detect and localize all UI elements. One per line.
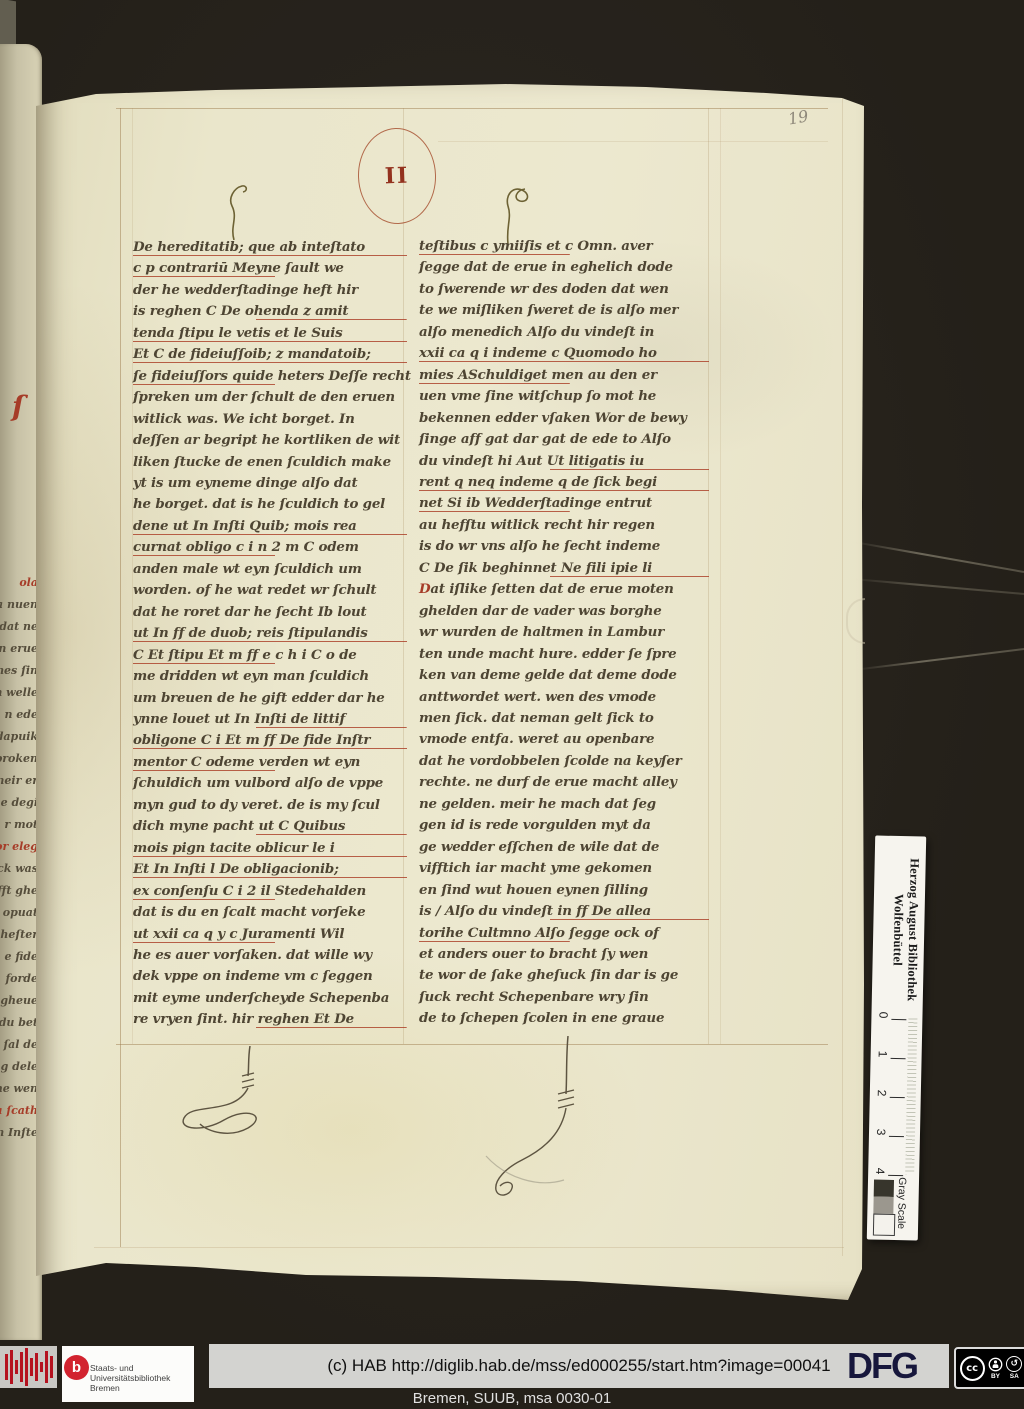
manuscript-line: worden. of he wat redet wr ſchult [133,580,407,601]
manuscript-line: is reghen C De ohenda z amit [133,301,407,322]
manuscript-line: ten unde macht hure. edder ſe ſpre [419,644,709,665]
manuscript-line: ge wedder eſſchen de wile dat de [419,837,709,858]
previous-page-fragment: fft ghe [0,880,40,902]
bremen-b-icon: b [64,1355,89,1380]
pen-flourish-icon [466,1036,626,1211]
manuscript-line: mit eyme underſcheyde Schepenba [133,988,407,1009]
manuscript-line: to ſwerende wr des doden dat wen [419,279,709,300]
reference-ruler: Herzog August Bibliothek Wolfenbüttel 01… [867,836,926,1241]
previous-page-fragment: e degi [0,792,40,814]
logo-bar [45,1351,48,1383]
previous-page-fragment: or eleg [0,836,40,858]
ruler-tick [891,1058,906,1060]
manuscript-line: torihe Cultmno Alſo ſegge ock of [419,923,709,944]
manuscript-line: teſtibus c ymiiſis et c Omn. aver [419,236,709,257]
previous-page-fragment: forde [0,968,40,990]
logo-bar [15,1360,18,1374]
previous-page-fragment: me wen [0,1078,40,1100]
ruler-institution: Herzog August Bibliothek Wolfenbüttel [874,844,922,1017]
manuscript-line: ſchuldich um vulbord alſo de vppe [133,773,407,794]
suub-barcode-logo [0,1346,57,1388]
cc-sa-label: SA [1010,1373,1019,1380]
bremen-library-name: Staats- und Universitätsbibliothek Breme… [90,1363,170,1393]
manuscript-line: deſſen ar begript he kortliken de wit [133,430,407,451]
manuscript-line: ex conſenſu C i 2 il Stedehalden [133,881,407,902]
manuscript-line: re vryen ſint. hir reghen Et De [133,1009,407,1030]
page-holder-strap [853,648,1024,670]
logo-bar [25,1348,28,1386]
previous-page-fragment: du bet [0,1012,40,1034]
manuscript-line: Et In Inſti l De obligacionib; [133,859,407,880]
previous-page-text-fragments: olaa nuendat nen eruenes ſinden wellen e… [0,572,40,1144]
manuscript-line: ghelden dar de vader was borghe [419,601,709,622]
previous-page-fragment: a ſcath [0,1100,40,1122]
manuscript-line: dat he roret dar he ſecht Ib lout [133,602,407,623]
manuscript-line: te we miſliken ſweret de is alſo mer [419,300,709,321]
ruling-line [842,96,843,1256]
quire-mark-circle: II [356,127,437,226]
manuscript-line: ut In ff de duob; reis ſtipulandis [133,623,407,644]
manuscript-line: C De ſik beghinnet Ne fili ipie li [419,558,709,579]
manuscript-line: ut xxii ca q y c Juramenti Wil [133,924,407,945]
previous-page-fragment: neir er [0,770,40,792]
ruler-number: 2 [875,1090,889,1097]
manuscript-line: um breuen de he gift edder dar he [133,688,407,709]
manuscript-line: uen vme ſine witſchup ſo mot he [419,386,709,407]
previous-page-fragment: ſal de [0,1034,40,1056]
previous-page-edge: ſ olaa nuendat nen eruenes ſinden wellen… [0,44,42,1340]
previous-page-fragment: proken [0,748,40,770]
cc-sa-badge: ↺ SA [1006,1356,1022,1380]
logo-bar [50,1356,53,1378]
page-holder-strap [847,577,1024,594]
ruler-number: 0 [876,1012,890,1019]
logo-bar [30,1358,33,1376]
ruler-number: 1 [876,1051,890,1058]
quire-numeral: II [384,163,409,190]
manuscript-line: te wor de ſake gheſuck ſin dar is ge [419,965,709,986]
gray-scale-label: Gray Scale [895,1177,908,1239]
manuscript-line: ſe fideiuſſors quide heters Deſſe recht [133,366,407,387]
previous-page-fragment: opuat [0,902,40,924]
ruler-institution-line1: Herzog August Bibliothek [903,844,922,1016]
manuscript-line: dat is du en ſcalt macht vorſeke [133,902,407,923]
manuscript-line: mies ASchuldiget men au den er [419,365,709,386]
manuscript-line: et anders ouer to bracht ſy wen [419,944,709,965]
manuscript-line: ſpreken um der ſchult de den eruen [133,387,407,408]
previous-page-initial: ſ [12,390,24,423]
manuscript-line: au hefſtu witlick recht hir regen [419,515,709,536]
manuscript-line: is / Alſo du vindeſt in ff De allea [419,901,709,922]
previous-page-fragment: dat ne [0,616,40,638]
manuscript-line: de to ſchepen ſcolen in ene graue [419,1008,709,1029]
ascender-flourish-icon [488,182,544,244]
previous-page-fragment: ock was [0,858,40,880]
manuscript-line: bekennen edder vſaken Wor de bewy [419,408,709,429]
manuscript-line: gen id is rede vorgulden myt da [419,815,709,836]
logo-bar [40,1362,43,1372]
manuscript-line: Dat iſlike ſetten dat de erue moten [419,579,709,600]
gray-scale-patch-white [873,1214,895,1236]
previous-page-fragment: r mot [0,814,40,836]
previous-page-fragment: e fide [0,946,40,968]
manuscript-line: vifftich iar macht yme gekomen [419,858,709,879]
shelfmark-text: Bremen, SUUB, msa 0030-01 [0,1390,1024,1407]
dfg-logo: DFG [816,1346,948,1386]
manuscript-line: ſegge dat de erue in eghelich dode [419,257,709,278]
manuscript-line: obligone C i Et m ff De fide Inſtr [133,730,407,751]
gray-scale-patch-dark [874,1180,894,1197]
manuscript-line: myn gud to dy veret. de is my ſcul [133,795,407,816]
bremen-name-line1: Staats- und [90,1363,170,1373]
manuscript-line: der he wedderſtadinge heft hir [133,280,407,301]
manuscript-line: me dridden wt eyn man ſculdich [133,666,407,687]
previous-page-fragment: den welle [0,682,40,704]
previous-page-fragment: a nuen [0,594,40,616]
cc-by-label: BY [991,1373,1000,1380]
ruling-line [94,1247,844,1248]
cc-license-badge: cc BY ↺ SA [954,1347,1024,1389]
ruler-tick [890,1097,905,1099]
manuscript-line: wr wurden de haltmen in Lambur [419,622,709,643]
manuscript-line: witlick was. We icht borget. In [133,409,407,430]
ruling-line [116,108,828,109]
previous-page-fragment: gheue [0,990,40,1012]
cc-by-badge: BY [988,1357,1003,1380]
manuscript-line: mois pign tacite oblicur le i [133,838,407,859]
logo-bar [5,1354,8,1380]
manuscript-line: ſinge aff gat dar gat de ede to Alſo [419,429,709,450]
previous-page-fragment: dapuik [0,726,40,748]
manuscript-line: yt is um eyneme dinge alſo dat [133,473,407,494]
ruler-tick [891,1019,906,1021]
manuscript-line: is do wr vns alſo he ſecht indeme [419,536,709,557]
cc-sa-arrow-icon: ↺ [1006,1356,1022,1372]
manuscript-line: rent q neq indeme q de ſick begi [419,472,709,493]
ruling-line [120,108,121,1247]
text-column-right: teſtibus c ymiiſis et c Omn. averſegge d… [419,236,709,1030]
logo-bar [35,1353,38,1381]
ruling-line [438,141,828,142]
manuscript-line: he es auer vorſaken. dat wille wy [133,945,407,966]
manuscript-line: tenda ſtipu le vetis et le Suis [133,323,407,344]
ascender-flourish-icon [216,178,252,240]
ruler-number: 3 [874,1129,888,1136]
manuscript-line: en ſind wut houen eynen ſilling [419,880,709,901]
manuscript-line: dek vppe on indeme vm c ſeggen [133,966,407,987]
logo-bar [10,1350,13,1384]
manuscript-line: De hereditatib; que ab inteſtato [133,237,407,258]
manuscript-line: ſuck recht Schepenbare wry ſin [419,987,709,1008]
previous-page-fragment: ola [0,572,40,594]
manuscript-line: dene ut In Inſti Quib; mois rea [133,516,407,537]
manuscript-line: anden male wt eyn ſculdich um [133,559,407,580]
folio-number: 19 [787,106,810,128]
manuscript-line: xxii ca q i indeme c Quomodo ho [419,343,709,364]
manuscript-line: ynne louet ut In Inſti de littif [133,709,407,730]
manuscript-line: anttwordet wert. wen des vmode [419,687,709,708]
bremen-name-line2: Universitätsbibliothek [90,1373,170,1383]
ruling-line [720,108,721,1044]
manuscript-line: alſo menedich Alſo du vindeſt in [419,322,709,343]
previous-page-fragment: n ede [0,704,40,726]
previous-page-fragment: g dele [0,1056,40,1078]
manuscript-line: vmode entfa. weret au openbare [419,729,709,750]
previous-page-fragment: n erue [0,638,40,660]
previous-page-fragment: heſter [0,924,40,946]
page-holder-strap [852,541,1024,573]
cc-icon: cc [960,1356,985,1381]
manuscript-line: net Si ib Wedderſtadinge entrut [419,493,709,514]
manuscript-line: he borget. dat is he ſculdich to gel [133,494,407,515]
previous-page-fragment: n Inſte [0,1122,40,1144]
manuscript-line: C Et ſtipu Et m ff e c h i C o de [133,645,407,666]
pen-flourish-icon [164,1046,304,1146]
manuscript-line: men ſick. dat neman gelt ſick to [419,708,709,729]
manuscript-line: Et C de fideiuſſoib; z mandatoib; [133,344,407,365]
manuscript-line: ne gelden. meir he mach dat ſeg [419,794,709,815]
text-column-left: De hereditatib; que ab inteſtatoc p cont… [133,237,407,1031]
photo-stage: ſ olaa nuendat nen eruenes ſinden wellen… [0,0,1024,1409]
manuscript-line: dat he vordobbelen ſcolde na keyſer [419,751,709,772]
logo-bar [20,1352,23,1382]
manuscript-line: dich myne pacht ut C Quibus [133,816,407,837]
manuscript-line: du vindeſt hi Aut Ut litigatis iu [419,451,709,472]
cc-by-person-icon [988,1357,1003,1372]
manuscript-line: mentor C odeme verden wt eyn [133,752,407,773]
gray-scale-patch-mid [873,1197,893,1214]
manuscript-page: 19 II De hereditatib; que ab inteſtatoc … [36,84,864,1300]
manuscript-line: rechte. ne durf de erue macht alley [419,772,709,793]
manuscript-line: liken ſtucke de enen ſculdich make [133,452,407,473]
ruler-tick [889,1136,904,1138]
previous-page-fragment: nes ſin [0,660,40,682]
manuscript-line: ken van deme gelde dat deme dode [419,665,709,686]
ruler-number: 4 [873,1168,887,1175]
manuscript-line: c p contrariū Meyne ſault we [133,258,407,279]
manuscript-line: curnat obligo c i n 2 m C odem [133,537,407,558]
